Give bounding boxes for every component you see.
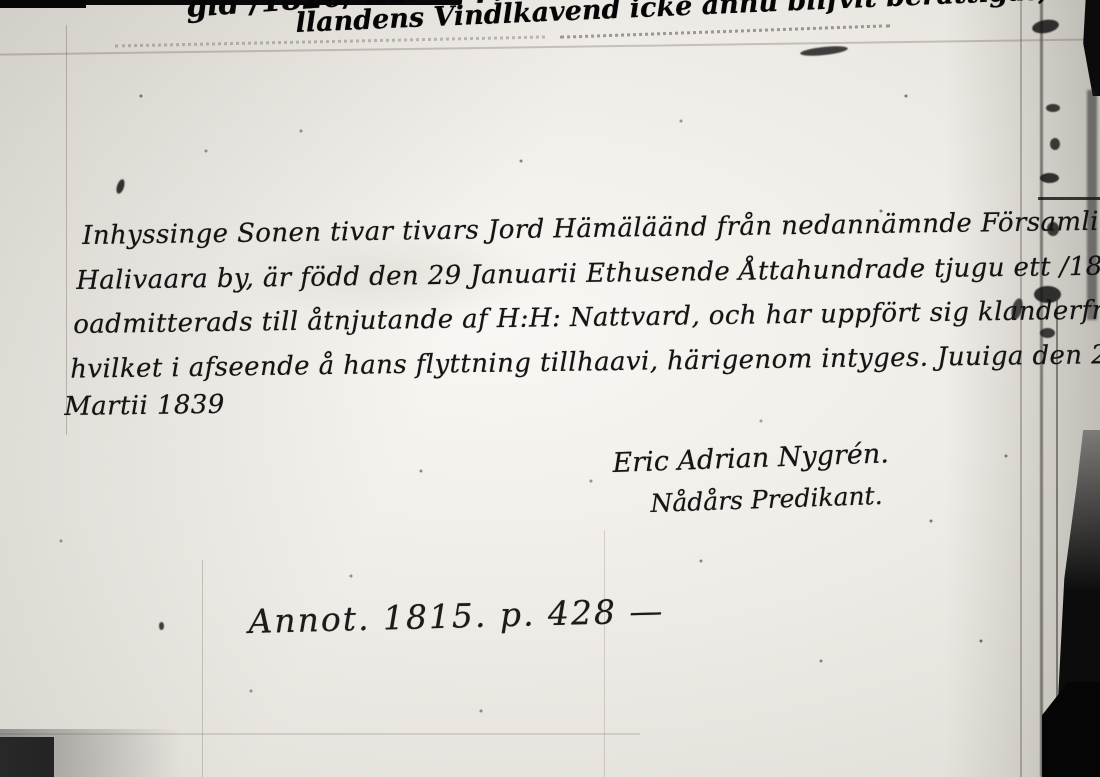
record-line-4: hvilket i afseende å hans flyttning till… [70,338,1100,385]
bottom-left-corner-shadow [0,737,54,777]
scan-noise-specks [0,0,2,2]
ink-smudge [800,45,849,58]
page-edge-crease [1040,0,1043,777]
top-cutoff-text-2: llandens Vindlkavend icke ännu blifvit b… [295,0,1084,39]
record-line-3: oadmitterads till åtnjutande af H:H: Nat… [73,295,1100,340]
top-right-edge-shadow [1076,0,1100,96]
record-line-4-text: hvilket i afseende å hans flyttning till… [70,340,1100,385]
faded-ruled-line-top [0,38,1100,55]
top-left-edge-shadow [0,0,86,8]
edge-ink-fragment [1050,138,1060,150]
page-edge-crease-lower [1056,300,1058,777]
edge-ink-fragment [1046,104,1060,112]
edge-ink-fragment [1040,173,1059,183]
document-scan: gid /1820/ har uppfört sig llandens Vind… [0,0,1100,777]
fold-line-bottom-left [202,560,203,777]
margin-dash-right [1038,197,1100,200]
ink-mark [115,178,126,194]
right-edge-shadow-lower [1058,430,1100,700]
record-line-5-date: Martii 1839 [64,390,225,422]
edge-ink-fragment [1040,328,1055,338]
right-edge-shadow-mid [1087,90,1097,320]
record-line-2: Halivaara by, är född den 29 Januarii Et… [76,251,1100,296]
fold-line-right-outer [1020,0,1022,777]
ink-dot [159,622,164,630]
faded-ruled-line-bottom [0,733,640,735]
faded-ink-remnant-right [560,24,890,39]
signature-name: Eric Adrian Nygrén. [612,438,889,479]
record-line-1: Inhyssinge Sonen tivar tivars Jord Hämäl… [82,206,1100,251]
bottom-right-corner-shadow [1042,682,1100,777]
signature-title: Nådårs Predikant. [650,481,883,518]
fold-line-left [66,25,67,435]
fold-line-bottom-center [604,530,605,777]
edge-ink-fragment [1031,18,1060,35]
bottom-left-shadow-fade [0,729,180,777]
archive-annotation: Annot. 1815. p. 428 — [248,591,665,641]
